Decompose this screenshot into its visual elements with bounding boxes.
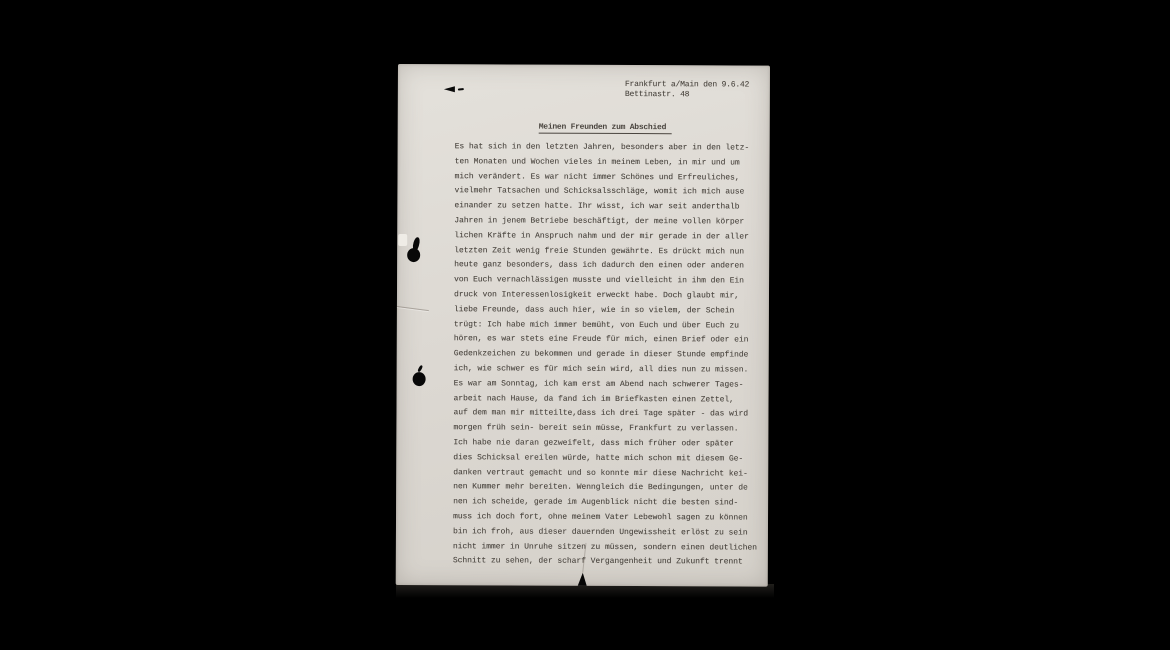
letter-body: Es hat sich in den letzten Jahren, beson… <box>453 140 759 570</box>
ink-blot-drop <box>413 372 426 386</box>
date-line: Frankfurt a/Main den 9.6.42 <box>625 80 749 90</box>
paper-tear-notch <box>398 234 407 246</box>
fold-crease-left <box>397 306 429 311</box>
letter-title-text: Meinen Freunden zum Abschied <box>539 123 672 135</box>
address-line: Bettinastr. 48 <box>625 90 749 100</box>
bottom-edge-tear <box>578 573 587 586</box>
letter-title: Meinen Freunden zum Abschied <box>539 123 672 135</box>
ink-smudge-top <box>444 85 466 94</box>
letter-page: Frankfurt a/Main den 9.6.42 Bettinastr. … <box>396 64 770 587</box>
ink-blot-lower-left <box>412 365 428 387</box>
letter-header: Frankfurt a/Main den 9.6.42 Bettinastr. … <box>625 80 749 100</box>
ink-smudge-dash <box>458 88 464 91</box>
ink-blot-upper-left <box>407 237 423 264</box>
ink-smudge-blob <box>444 86 455 92</box>
photo-background: Frankfurt a/Main den 9.6.42 Bettinastr. … <box>0 0 1170 650</box>
ink-blot-drop <box>407 248 420 262</box>
